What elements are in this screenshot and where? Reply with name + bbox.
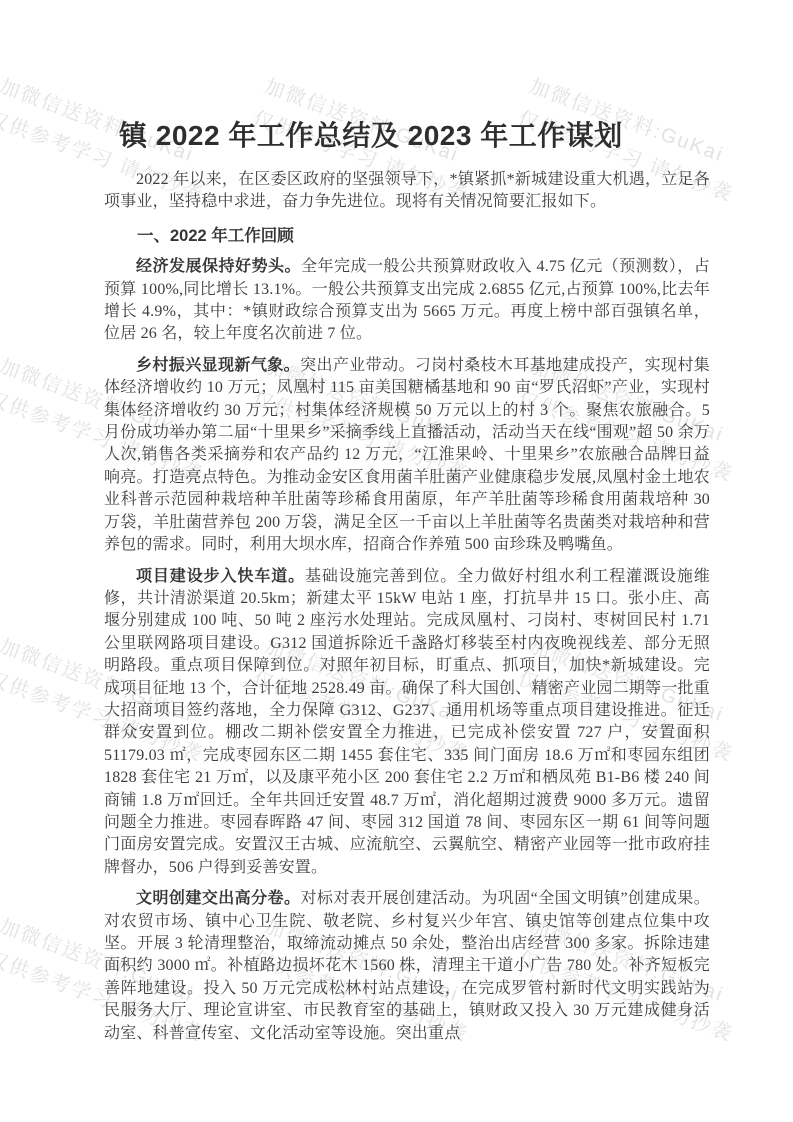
section-heading-2022-review: 一、2022 年工作回顾	[104, 225, 710, 247]
paragraph-lead: 经济发展保持好势头。	[136, 258, 301, 275]
paragraph-text: 基础设施完善到位。全力做好村组水利工程灌溉设施维修，共计清淤渠道 20.5km；…	[104, 568, 710, 876]
document-content: 镇 2022 年工作总结及 2023 年工作谋划 2022 年以来，在区委区政府…	[104, 116, 710, 1054]
paragraph-project-construction: 项目建设步入快车道。基础设施完善到位。全力做好村组水利工程灌溉设施维修，共计清淤…	[104, 566, 710, 880]
intro-paragraph: 2022 年以来，在区委区政府的坚强领导下，*镇紧抓*新城建设重大机遇，立足各项…	[104, 169, 710, 214]
paragraph-lead: 项目建设步入快车道。	[136, 568, 305, 585]
paragraph-text: 突出产业带动。刁岗村桑枝木耳基地建成投产，实现村集体经济增收约 10 万元；凤凰…	[104, 357, 710, 553]
document-page: 加微信送资料:GuKai仅供参考学习 请勿抄袭加微信送资料:GuKai仅供参考学…	[0, 0, 793, 1122]
paragraph-civilization-building: 文明创建交出高分卷。对标对表开展创建活动。为巩固“全国文明镇”创建成果。对农贸市…	[104, 888, 710, 1045]
paragraph-lead: 文明创建交出高分卷。	[136, 890, 300, 907]
document-title: 镇 2022 年工作总结及 2023 年工作谋划	[119, 116, 710, 156]
paragraph-text: 对标对表开展创建活动。为巩固“全国文明镇”创建成果。对农贸市场、镇中心卫生院、敬…	[104, 890, 710, 1041]
paragraph-economy: 经济发展保持好势头。全年完成一般公共预算财政收入 4.75 亿元（预测数），占预…	[104, 256, 710, 346]
paragraph-rural-revitalization: 乡村振兴显现新气象。突出产业带动。刁岗村桑枝木耳基地建成投产，实现村集体经济增收…	[104, 355, 710, 557]
paragraph-lead: 乡村振兴显现新气象。	[136, 357, 300, 374]
